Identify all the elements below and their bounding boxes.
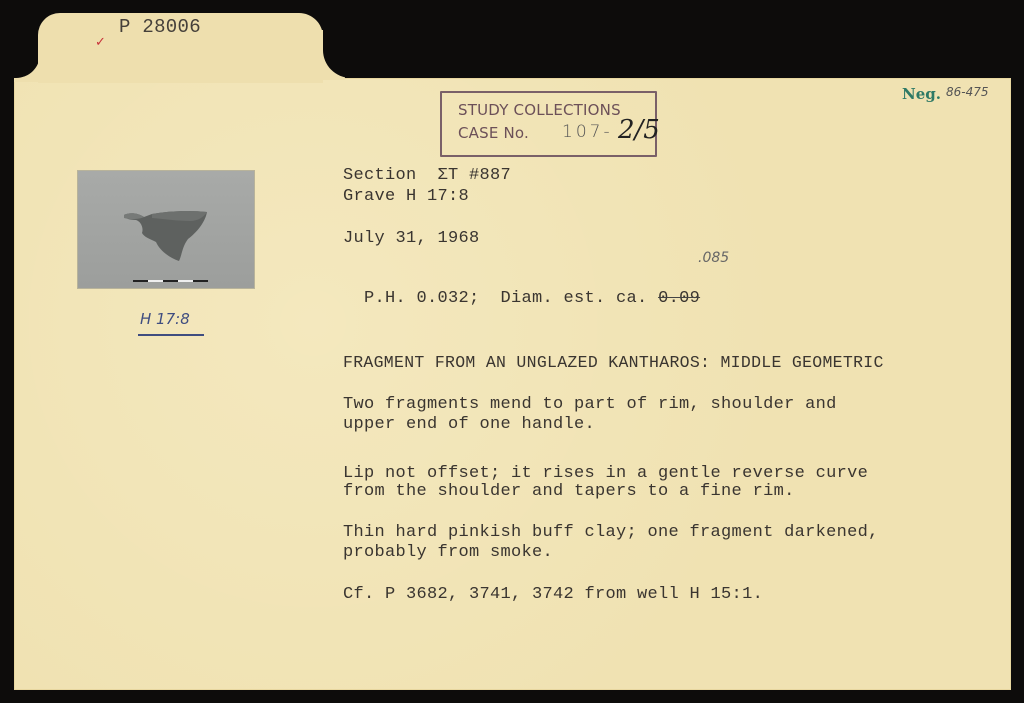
profile-line-1: Lip not offset; it rises in a gentle rev… (343, 464, 868, 483)
stamp-case-number: 107- (562, 122, 613, 142)
pottery-fragment-image (78, 171, 254, 288)
description-line-2: upper end of one handle. (343, 415, 595, 434)
stamp-case-label: CASE No. (458, 124, 529, 142)
object-title: FRAGMENT FROM AN UNGLAZED KANTHAROS: MID… (343, 353, 884, 372)
study-collections-stamp: STUDY COLLECTIONS CASE No. 107- 2/5 (440, 91, 657, 157)
profile-line-2: from the shoulder and tapers to a fine r… (343, 482, 795, 501)
fabric-line-2: probably from smoke. (343, 543, 553, 562)
fabric-line-1: Thin hard pinkish buff clay; one fragmen… (343, 523, 879, 542)
check-mark-icon: ✓ (95, 35, 106, 50)
comparanda-line: Cf. P 3682, 3741, 3742 from well H 15:1. (343, 585, 763, 604)
diameter-correction: .085 (698, 250, 729, 266)
grave-line: Grave H 17:8 (343, 187, 469, 206)
photo-label-underline (138, 334, 204, 336)
stamp-case-number-overwrite: 2/5 (618, 115, 660, 145)
date-line: July 31, 1968 (343, 229, 480, 248)
negative-number: 86-475 (946, 85, 989, 99)
description-line-1: Two fragments mend to part of rim, shoul… (343, 395, 837, 414)
measurements-text: P.H. 0.032; Diam. est. ca. (364, 289, 658, 308)
fragment-photo (78, 171, 254, 288)
stamp-title: STUDY COLLECTIONS (458, 101, 621, 119)
negative-stamp: Neg. (902, 85, 941, 103)
accession-number: P 28006 (119, 16, 201, 38)
struck-diameter: 0.09 (658, 289, 700, 308)
measurements-line: P.H. 0.032; Diam. est. ca. 0.09 (343, 270, 700, 308)
section-line: Section ΣΤ #887 (343, 166, 511, 185)
photo-label: H 17:8 (140, 310, 190, 328)
card-tab-right-mask (323, 10, 363, 78)
